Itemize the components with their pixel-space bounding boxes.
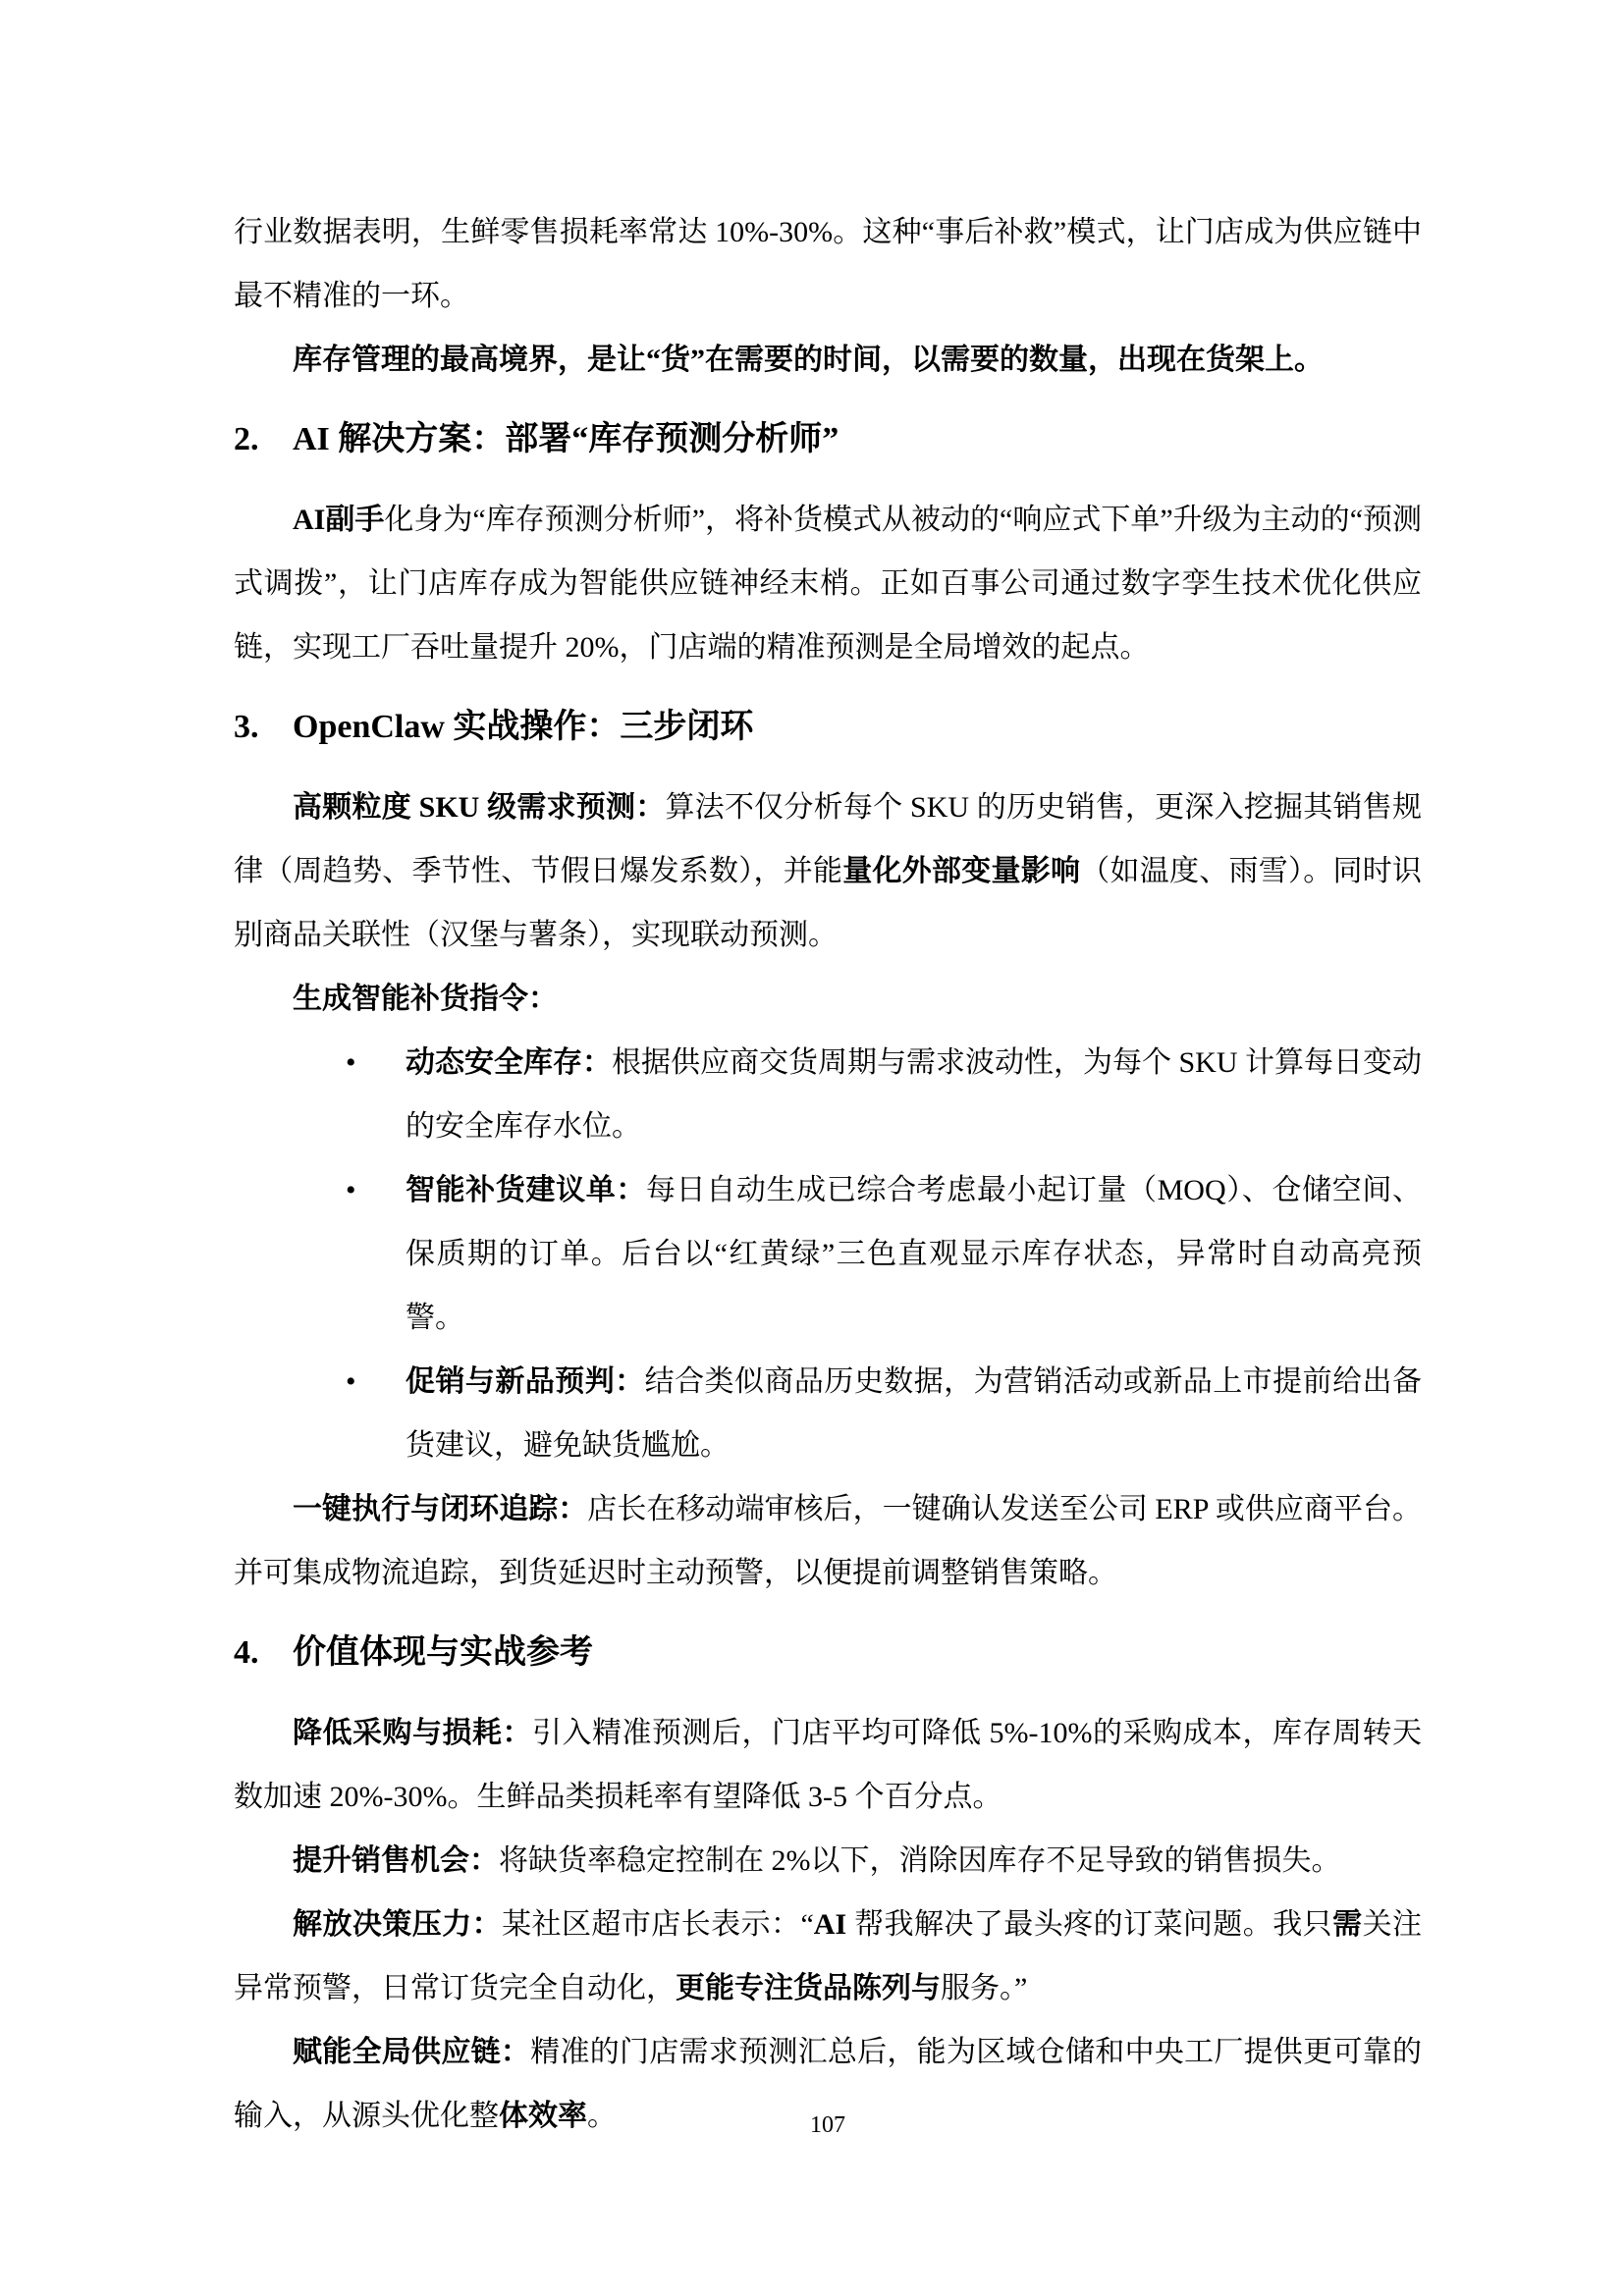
page-number-text: 107 <box>810 2112 845 2138</box>
text-run: 智能补货建议单： <box>406 1174 646 1206</box>
text-run: 一键执行与闭环追踪： <box>293 1493 587 1525</box>
pressure-paragraph: 解放决策压力：某社区超市店长表示：“AI 帮我解决了最头疼的订菜问题。我只需关注… <box>234 1893 1422 2020</box>
heading-text: 价值体现与实战参考 <box>293 1634 593 1671</box>
intro-paragraph: 行业数据表明，生鲜零售损耗率常达 10%-30%。这种“事后补救”模式，让门店成… <box>234 200 1422 328</box>
text-run: AI <box>814 1908 846 1941</box>
list-item: •动态安全库存：根据供应商交货周期与需求波动性，为每个 SKU 计算每日变动的安… <box>234 1031 1422 1158</box>
command-line-paragraph: 生成智能补货指令： <box>234 967 1422 1031</box>
text-run: 降低采购与损耗： <box>293 1717 532 1749</box>
text-run: 需 <box>1332 1908 1362 1941</box>
heading-4: 4.价值体现与实战参考 <box>234 1619 1422 1687</box>
text-run: 将缺货率稳定控制在 2%以下，消除因库存不足导致的销售损失。 <box>499 1844 1341 1877</box>
text-run: 行业数据表明，生鲜零售损耗率常达 10%-30%。这种“事后补救”模式，让门店成… <box>234 216 1422 312</box>
heading-number: 4. <box>234 1619 293 1687</box>
heading-number: 2. <box>234 405 293 474</box>
document-page: 行业数据表明，生鲜零售损耗率常达 10%-30%。这种“事后补救”模式，让门店成… <box>0 0 1624 2296</box>
text-run: 赋能全局供应链： <box>293 2036 530 2068</box>
text-run: 动态安全库存： <box>406 1046 612 1079</box>
text-run: 服务。” <box>941 1972 1027 2004</box>
text-run: 库存管理的最高境界，是让“货”在需要的时间，以需要的数量，出现在货架上。 <box>293 344 1324 376</box>
heading-text: AI 解决方案：部署“库存预测分析师” <box>293 421 839 457</box>
bullet-icon: • <box>346 1158 356 1222</box>
text-run: 生成智能补货指令： <box>293 983 558 1015</box>
page-number: 107 <box>234 2110 1422 2140</box>
text-run: 某社区超市店长表示：“ <box>502 1908 814 1941</box>
text-run: 量化外部变量影响 <box>842 855 1080 887</box>
sales-paragraph: 提升销售机会：将缺货率稳定控制在 2%以下，消除因库存不足导致的销售损失。 <box>234 1829 1422 1893</box>
text-run: 解放决策压力： <box>293 1908 502 1941</box>
heading-3: 3.OpenClaw 实战操作：三步闭环 <box>234 693 1422 762</box>
heading-number: 3. <box>234 693 293 762</box>
cost-paragraph: 降低采购与损耗：引入精准预测后，门店平均可降低 5%-10%的采购成本，库存周转… <box>234 1701 1422 1829</box>
list-item: •促销与新品预判：结合类似商品历史数据，为营销活动或新品上市提前给出备货建议，避… <box>234 1350 1422 1477</box>
text-run: 高颗粒度 SKU 级需求预测： <box>293 791 665 824</box>
text-run: AI副手 <box>293 504 384 536</box>
text-run: 更能专注货品陈列与 <box>676 1972 941 2004</box>
text-run: 促销与新品预判： <box>406 1365 645 1398</box>
text-run: 化身为“库存预测分析师”，将补货模式从被动的“响应式下单”升级为主动的“预测式调… <box>234 504 1422 664</box>
text-run: 提升销售机会： <box>293 1844 499 1877</box>
heading-text: OpenClaw 实战操作：三步闭环 <box>293 709 753 745</box>
ai-assistant-paragraph: AI副手化身为“库存预测分析师”，将补货模式从被动的“响应式下单”升级为主动的“… <box>234 488 1422 679</box>
bullet-icon: • <box>346 1031 356 1095</box>
heading-2: 2.AI 解决方案：部署“库存预测分析师” <box>234 405 1422 474</box>
execution-paragraph: 一键执行与闭环追踪：店长在移动端审核后，一键确认发送至公司 ERP 或供应商平台… <box>234 1477 1422 1605</box>
list-item: •智能补货建议单：每日自动生成已综合考虑最小起订量（MOQ）、仓储空间、保质期的… <box>234 1158 1422 1350</box>
bold-statement-paragraph: 库存管理的最高境界，是让“货”在需要的时间，以需要的数量，出现在货架上。 <box>234 328 1422 392</box>
sku-forecast-paragraph: 高颗粒度 SKU 级需求预测：算法不仅分析每个 SKU 的历史销售，更深入挖掘其… <box>234 775 1422 967</box>
bullet-icon: • <box>346 1350 356 1414</box>
text-run: 帮我解决了最头疼的订菜问题。我只 <box>846 1908 1332 1941</box>
bullet-list: •动态安全库存：根据供应商交货周期与需求波动性，为每个 SKU 计算每日变动的安… <box>234 1031 1422 1477</box>
